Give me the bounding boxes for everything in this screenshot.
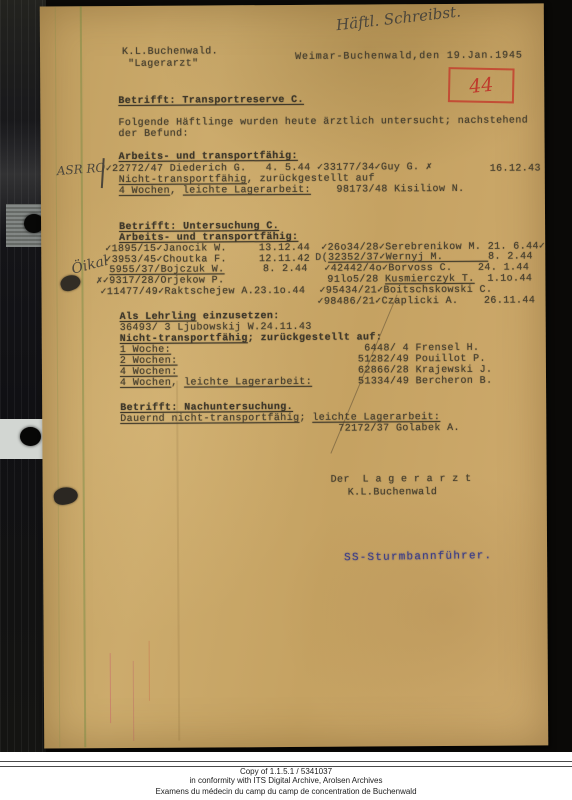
org-subtitle: "Lagerarzt": [128, 59, 198, 70]
org-name: K.L.Buchenwald.: [122, 46, 218, 58]
table-row: ✓98486/21✓Czaplicki A. 26.11.44: [318, 295, 536, 307]
body-line: 4 Wochen, leichte Lagerarbeit: 98173/48 …: [119, 184, 465, 197]
deferral-value: 51334/49 Bercheron B.: [358, 376, 492, 388]
deferral-label: 2 Wochen:: [120, 356, 178, 367]
signature-org: K.L.Buchenwald: [348, 487, 438, 499]
page-number: 44: [468, 73, 494, 97]
scan-photo: Häftl. Schreibst. K.L.Buchenwald. "Lager…: [0, 0, 572, 752]
deferral-value: 62866/28 Krajewski J.: [358, 365, 492, 377]
table-row: ✗✓9317/28/Orjekow P.: [96, 275, 224, 287]
deferral-value: 51282/49 Pouillot P.: [358, 354, 486, 366]
section-heading: Nicht-transportfähig; zurückgestellt auf…: [120, 332, 383, 345]
dateline: Weimar-Buchenwald,den 19.Jan.1945: [295, 51, 523, 63]
archive-caption: Copy of 1.1.5.1 / 5341037 in conformity …: [0, 752, 572, 800]
rank-stamp: SS-Sturmbannführer.: [344, 550, 492, 564]
caption-copy-reference: Copy of 1.1.5.1 / 5341037: [0, 767, 572, 776]
table-row: 91lo5/28 Kusmierczyk T. 1.1o.44: [327, 273, 532, 285]
table-row: ✓11477/49✓Raktschejew A.23.1o.44: [100, 286, 305, 298]
caption-description: Examens du médecin du camp du camp de co…: [0, 787, 572, 796]
subject-line: Betrifft: Transportreserve C.: [118, 95, 304, 107]
signature-title: Der L a g e r a r z t: [331, 474, 472, 486]
deferral-label: 4 Wochen:: [120, 367, 178, 378]
table-row: 5955/37/Bojczuk W. 8. 2.44: [109, 264, 308, 276]
body-line: der Befund:: [118, 129, 188, 140]
document-paper-group: Häftl. Schreibst. K.L.Buchenwald. "Lager…: [0, 0, 572, 752]
section-heading: Arbeits- und transportfähig:: [119, 151, 298, 163]
deferral-label: 4 Wochen, leichte Lagerarbeit:: [120, 377, 312, 389]
table-row: 72172/37 Golabek A.: [338, 423, 460, 435]
table-row-date: 16.12.43: [490, 163, 541, 174]
deferral-label: 1 Woche:: [120, 345, 171, 356]
caption-archive-source: in conformity with ITS Digital Archive, …: [0, 776, 572, 785]
page-number-stamp: 44: [448, 67, 515, 103]
